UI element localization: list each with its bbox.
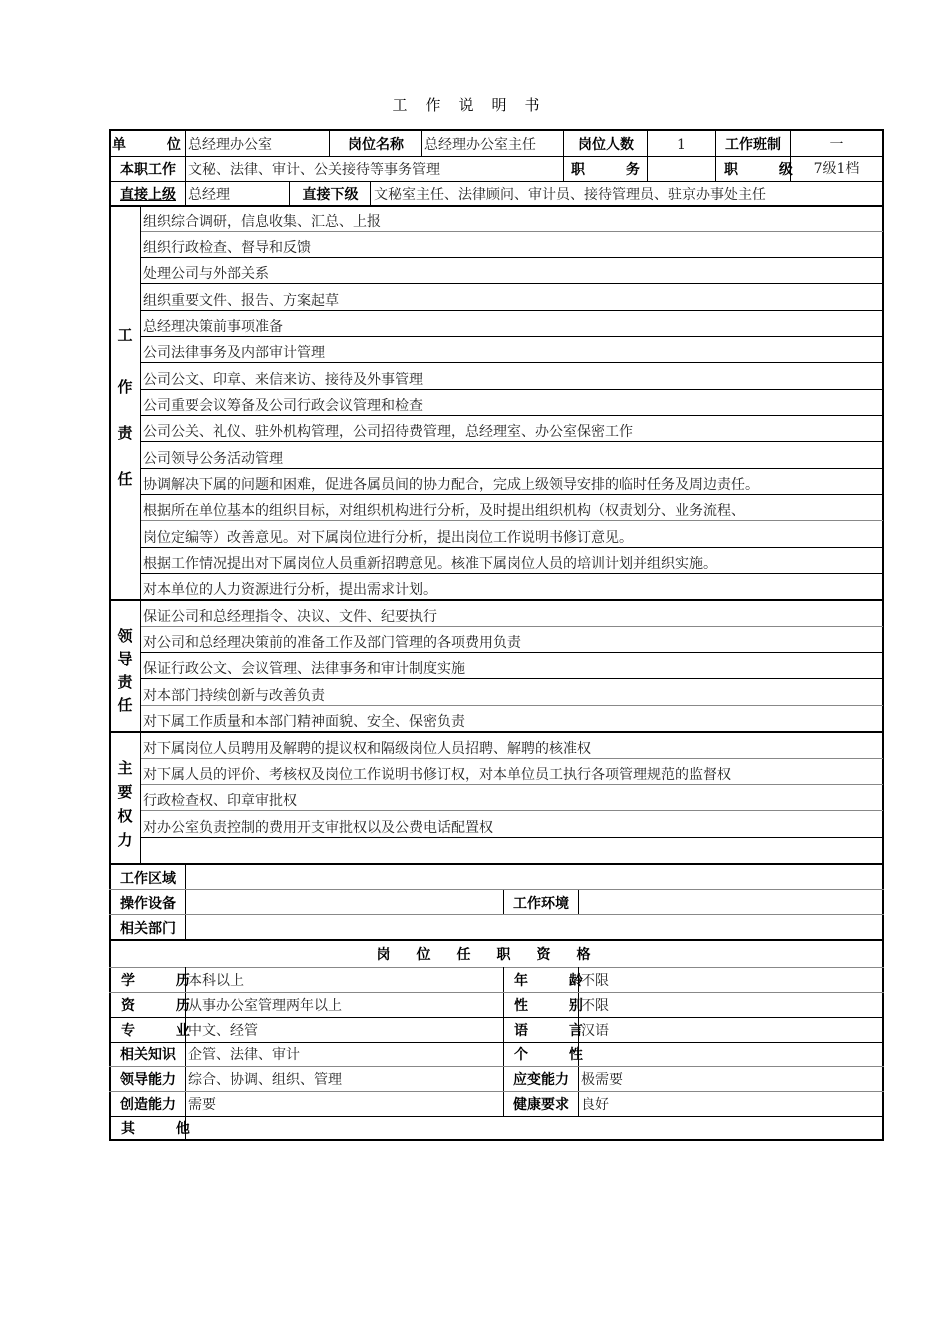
divider [109,1066,884,1067]
experience-label: 资 历 [121,995,185,1017]
divider [109,967,884,968]
divider [141,441,883,442]
work-resp-label-2: 作 [110,376,140,397]
leader-resp-item: 对公司和总经理决策前的准备工作及部门管理的各项费用负责 [143,633,521,653]
work-env-label: 工作环境 [504,893,578,915]
divider [109,181,884,182]
divider [578,889,579,914]
knowledge-value: 企管、法律、审计 [188,1044,300,1066]
divider [109,1116,884,1117]
knowledge-label: 相关知识 [111,1044,185,1066]
superior-value: 总经理 [188,184,230,206]
health-label: 健康要求 [504,1094,578,1116]
divider [141,389,883,390]
leader-resp-label-4: 任 [110,694,140,717]
work-resp-item: 岗位定编等）改善意见。对下属岗位进行分析，提出岗位工作说明书修订意见。 [143,528,633,548]
divider [141,336,883,337]
main-work-value: 文秘、法律、审计、公关接待等事务管理 [188,159,440,181]
work-resp-item: 总经理决策前事项准备 [143,317,283,337]
health-value: 良好 [581,1094,609,1116]
authority-label-4: 力 [110,828,140,852]
divider [141,310,883,311]
shift-value: 一 [791,134,882,156]
divider [370,181,371,205]
divider [141,547,883,548]
divider [109,863,884,865]
age-value: 不限 [581,970,609,992]
major-label: 专 业 [121,1020,185,1042]
divider [141,784,883,785]
divider [563,129,564,181]
work-resp-item: 对本单位的人力资源进行分析，提出需求计划。 [143,580,437,600]
authority-item: 对办公室负责控制的费用开支审批权以及公费电话配置权 [143,818,493,838]
major-value: 中文、经管 [188,1020,258,1042]
divider [141,573,883,574]
divider [141,494,883,495]
divider [421,129,422,157]
divider [109,1139,884,1141]
divider [141,520,883,521]
superior-label: 直接上级 [111,184,185,206]
work-resp-item: 公司公关、礼仪、驻外机构管理，公司招待费管理，总经理室、办公室保密工作 [143,422,633,442]
authority-label-1: 主 [110,756,140,780]
divider [141,837,883,838]
divider [109,914,884,915]
creativity-label: 创造能力 [111,1094,185,1116]
divider [141,283,883,284]
divider [109,1091,884,1092]
divider [109,939,884,941]
divider [141,415,883,416]
authority-label-3: 权 [110,804,140,828]
divider [141,362,883,363]
divider [329,129,330,157]
main-work-label: 本职工作 [111,159,185,181]
divider [109,1042,884,1043]
leader-resp-item: 对下属工作质量和本部门精神面貌、安全、保密负责 [143,712,465,732]
divider [141,257,883,258]
authority-item: 对下属人员的评价、考核权及岗位工作说明书修订权，对本单位员工执行各项管理规范的监… [143,765,731,785]
related-dept-label: 相关部门 [111,918,185,940]
leader-resp-label-3: 责 [110,671,140,694]
divider [141,705,883,706]
creativity-value: 需要 [188,1094,216,1116]
headcount-label: 岗位人数 [565,134,647,156]
equipment-label: 操作设备 [111,893,185,915]
leadership-ability-value: 综合、协调、组织、管理 [188,1069,342,1091]
work-resp-item: 协调解决下属的问题和困难，促进各属员间的协力配合，完成上级领导安排的临时任务及周… [143,475,759,495]
leadership-ability-label: 领导能力 [111,1069,185,1091]
leader-resp-item: 保证行政公文、会议管理、法律事务和审计制度实施 [143,659,465,679]
qualifications-title: 岗位任职资格 [109,944,884,966]
work-resp-item: 公司公文、印章、来信来访、接待及外事管理 [143,370,423,390]
work-resp-item: 组织综合调研，信息收集、汇总、上报 [143,212,381,232]
shift-label: 工作班制 [716,134,790,156]
position-name-value: 总经理办公室主任 [424,134,536,156]
work-resp-item: 公司领导公务活动管理 [143,449,283,469]
subordinate-value: 文秘室主任、法律顾问、审计员、接待管理员、驻京办事处主任 [374,184,766,206]
work-resp-item: 组织重要文件、报告、方案起草 [143,291,339,311]
gender-label: 性 别 [514,995,578,1017]
duty-label: 职 务 [571,159,647,181]
other-label: 其 他 [121,1118,185,1140]
language-value: 汉语 [581,1020,609,1042]
grade-label: 职 级 [724,159,790,181]
divider [109,156,884,157]
authority-item: 对下属岗位人员聘用及解聘的提议权和隔级岗位人员招聘、解聘的核准权 [143,739,591,759]
work-resp-item: 公司法律事务及内部审计管理 [143,343,325,363]
adaptability-label: 应变能力 [504,1069,578,1091]
leader-resp-item: 对本部门持续创新与改善负责 [143,686,325,706]
unit-value: 总经理办公室 [188,134,272,156]
headcount-value: 1 [648,134,715,156]
personality-label: 个 性 [514,1044,578,1066]
work-resp-item: 处理公司与外部关系 [143,264,269,284]
work-resp-label-1: 工 [110,324,140,345]
authority-label-2: 要 [110,780,140,804]
divider [141,626,883,627]
education-value: 本科以上 [188,970,244,992]
gender-value: 不限 [581,995,609,1017]
divider [185,864,186,940]
divider [141,652,883,653]
table-border-right [882,129,884,1140]
grade-value: 7级1档 [791,158,882,180]
divider [109,992,884,993]
divider [141,810,883,811]
work-resp-item: 根据工作情况提出对下属岗位人员重新招聘意见。核准下属岗位人员的培训计划并组织实施… [143,554,717,574]
work-resp-label-4: 任 [110,468,140,489]
work-resp-item: 根据所在单位基本的组织目标，对组织机构进行分析，及时提出组织机构（权责划分、业务… [143,501,745,521]
document-title: 工作说明书 [0,94,950,115]
work-resp-item: 公司重要会议筹备及公司行政会议管理和检查 [143,396,423,416]
divider [140,205,141,864]
age-label: 年 龄 [514,970,578,992]
divider [141,231,883,232]
divider [141,468,883,469]
divider [109,889,884,890]
position-name-label: 岗位名称 [332,134,420,156]
experience-value: 从事办公室管理两年以上 [188,995,342,1017]
education-label: 学 历 [121,970,185,992]
divider [109,599,884,601]
work-resp-item: 组织行政检查、督导和反馈 [143,238,311,258]
divider [109,129,884,131]
divider [289,181,290,205]
divider [141,758,883,759]
divider [109,731,884,733]
leader-resp-label-2: 导 [110,648,140,671]
work-resp-label-3: 责 [110,422,140,443]
leader-resp-label-1: 领 [110,625,140,648]
subordinate-label: 直接下级 [291,184,370,206]
divider [109,1017,884,1018]
authority-item: 行政检查权、印章审批权 [143,791,297,811]
divider [141,678,883,679]
adaptability-value: 极需要 [581,1069,623,1091]
work-area-label: 工作区域 [111,868,185,890]
unit-label: 单 位 [112,134,184,156]
language-label: 语 言 [514,1020,578,1042]
leader-resp-item: 保证公司和总经理指令、决议、文件、纪要执行 [143,607,437,627]
